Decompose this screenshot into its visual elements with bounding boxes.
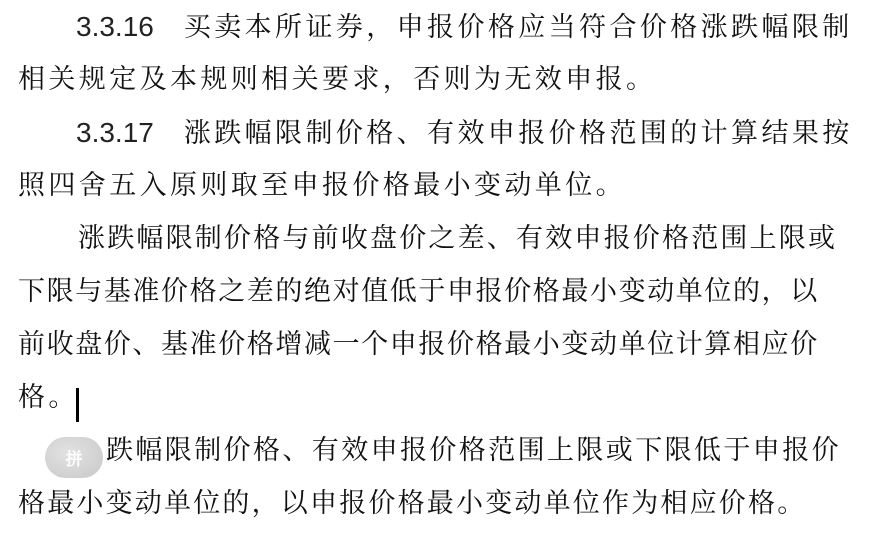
paragraph-4-line-2: 格最小变动单位的，以申报价格最小变动单位作为相应价格。 bbox=[18, 477, 806, 530]
paragraph-3-3-16-line-2: 相关规定及本规则相关要求，否则为无效申报。 bbox=[18, 53, 656, 106]
clause-number: 3.3.17 bbox=[76, 117, 154, 148]
pinyin-icon: 拼 bbox=[66, 445, 83, 470]
ime-pinyin-badge[interactable]: 拼 bbox=[45, 437, 103, 478]
paragraph-3-3-16-line-1: 3.3.16买卖本所证券，申报价格应当符合价格涨跌幅限制 bbox=[76, 0, 853, 53]
paragraph-3-line-1: 涨跌幅限制价格与前收盘价之差、有效申报价格范围上限或 bbox=[78, 212, 837, 265]
paragraph-3-line-3: 前收盘价、基准价格增减一个申报价格最小变动单位计算相应价 bbox=[18, 318, 819, 371]
clause-text: 涨跌幅限制价格、有效申报价格范围的计算结果按 bbox=[184, 118, 853, 149]
paragraph-3-line-2: 下限与基准价格之差的绝对值低于申报价格最小变动单位的，以 bbox=[18, 265, 819, 318]
clause-text: 买卖本所证券，申报价格应当符合价格涨跌幅限制 bbox=[184, 12, 853, 43]
text-cursor bbox=[76, 388, 79, 422]
paragraph-3-3-17-line-1: 3.3.17涨跌幅限制价格、有效申报价格范围的计算结果按 bbox=[76, 106, 853, 159]
paragraph-4-line-1: 跌幅限制价格、有效申报价格范围上限或下限低于申报价 bbox=[106, 424, 841, 477]
paragraph-3-line-4: 格。 bbox=[18, 371, 79, 424]
paragraph-3-3-17-line-2: 照四舍五入原则取至申报价格最小变动单位。 bbox=[18, 159, 626, 212]
clause-number: 3.3.16 bbox=[76, 11, 154, 42]
